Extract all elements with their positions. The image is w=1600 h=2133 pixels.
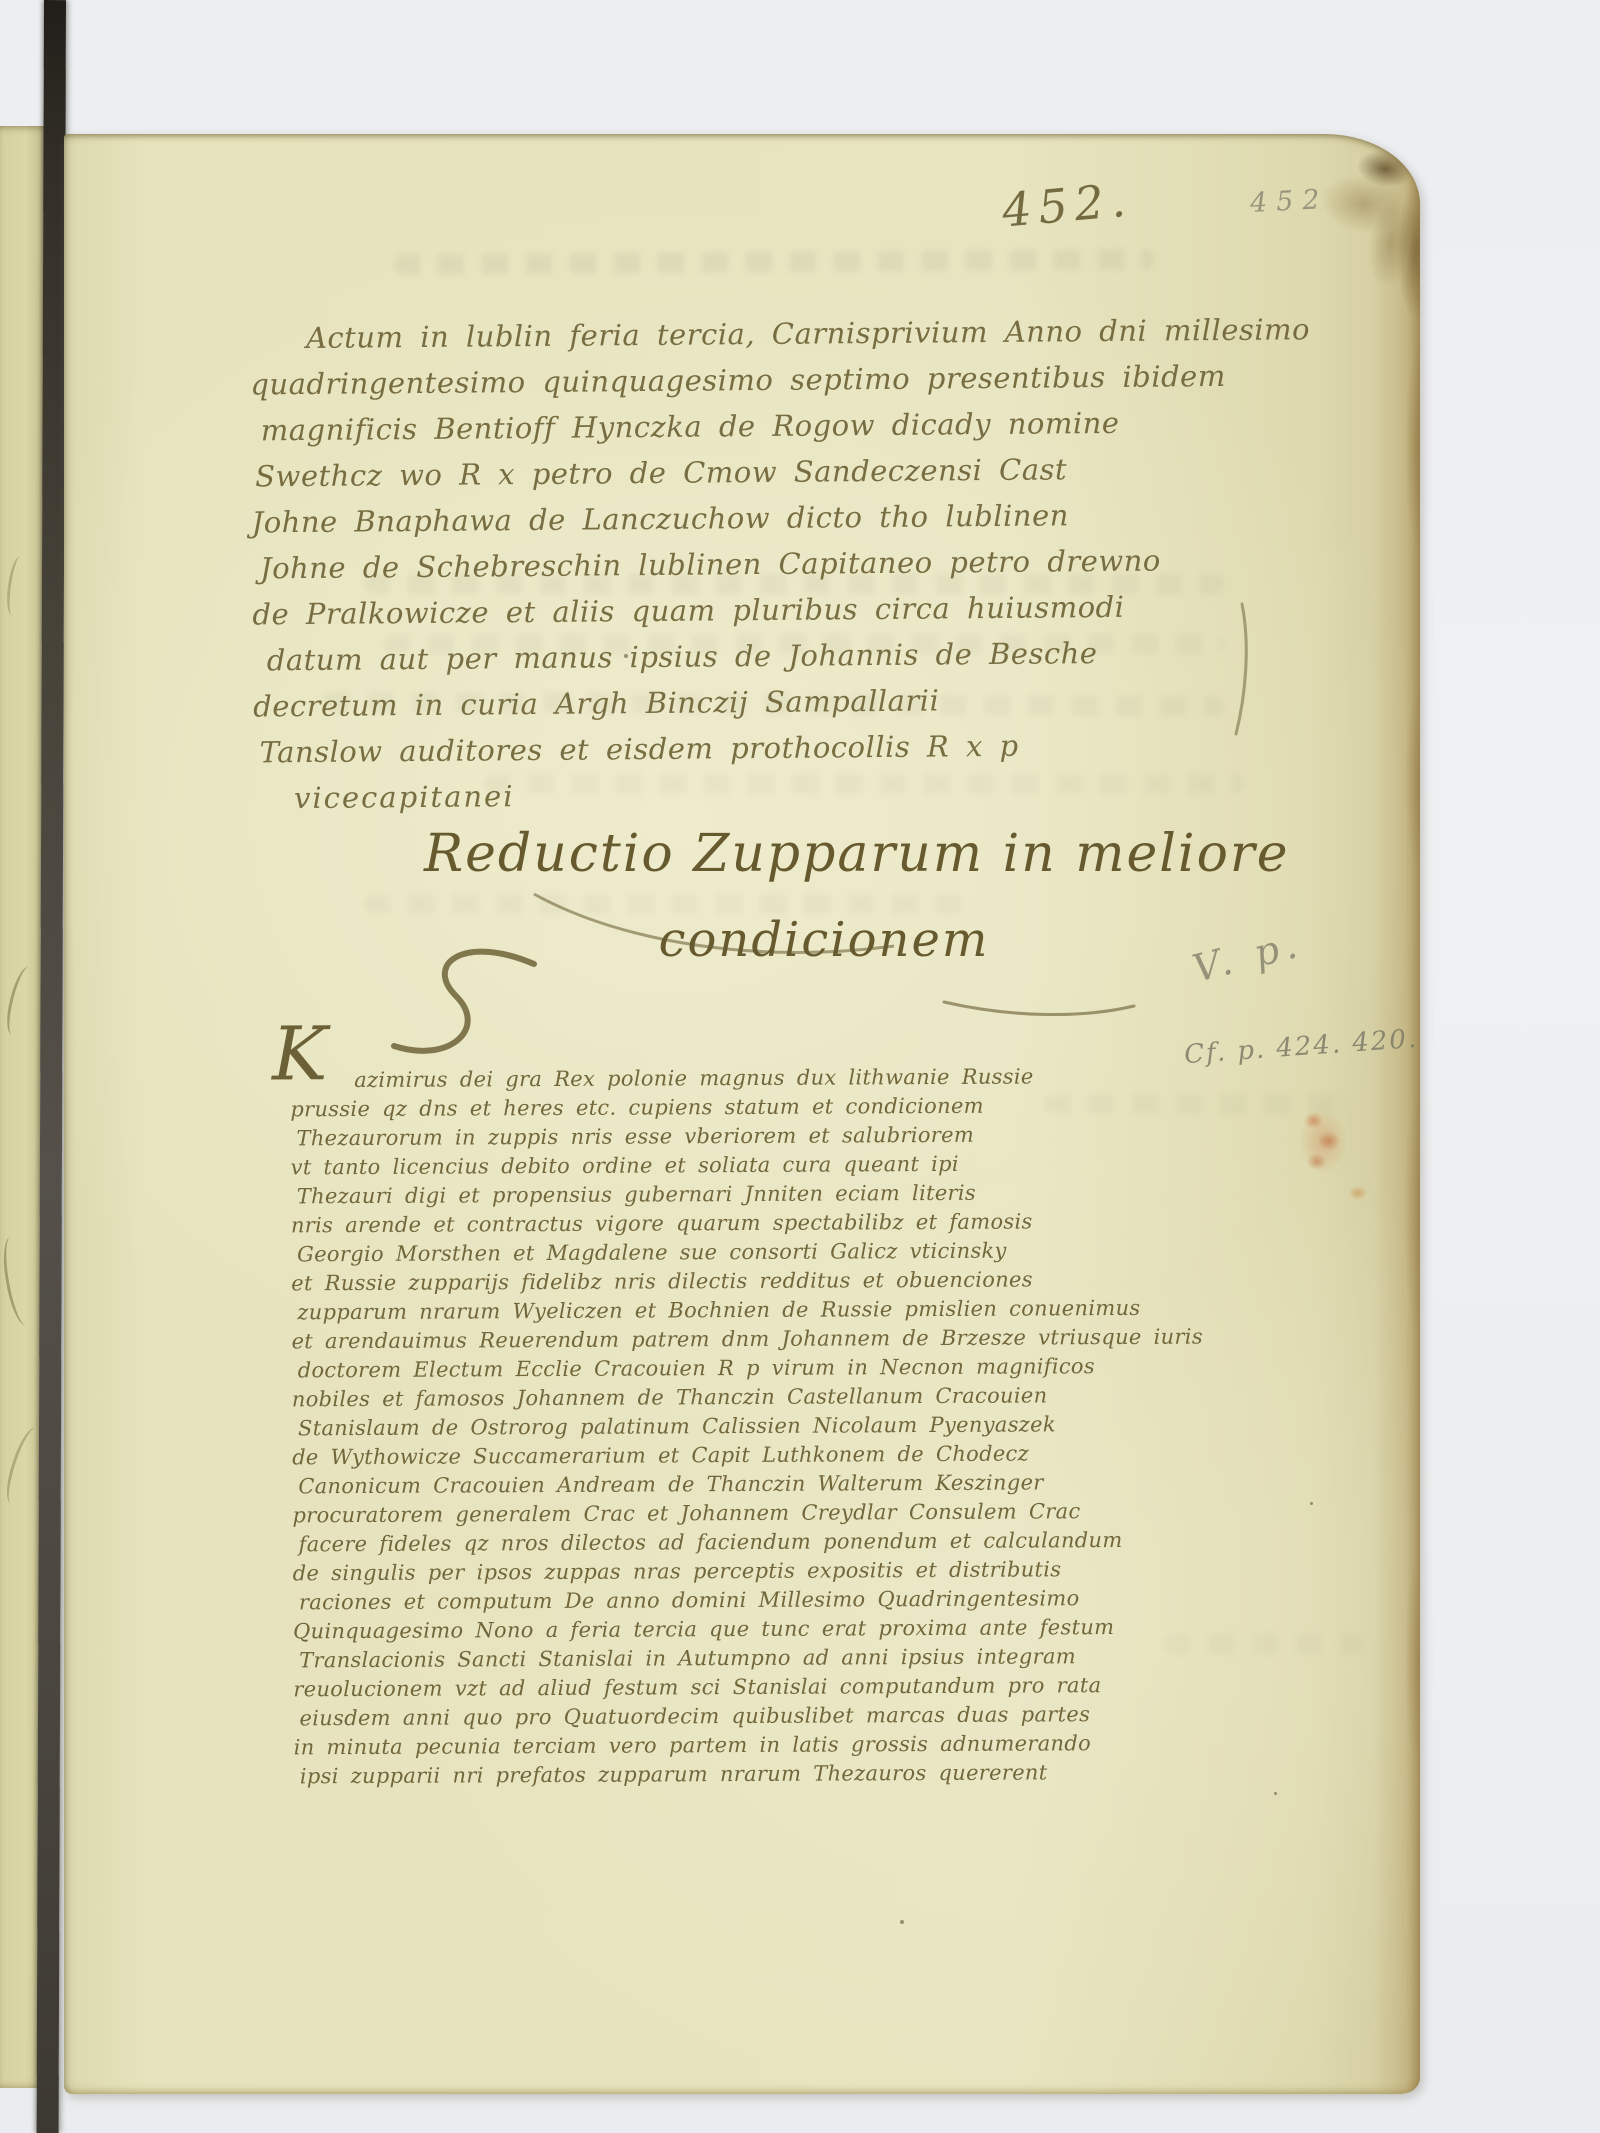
- manuscript-line: et Russie zupparijs fidelibz nris dilect…: [291, 1265, 1191, 1299]
- manuscript-line: Johne de Schebreschin lublinen Capitaneo…: [252, 539, 1042, 592]
- manuscript-line: nobiles et famosos Johannem de Thanczin …: [292, 1381, 1192, 1415]
- manuscript-line: Swethcz wo R x petro de Cmow Sandeczensi…: [251, 447, 1041, 500]
- manuscript-line: Translacionis Sancti Stanislai in Autump…: [293, 1642, 1193, 1676]
- manuscript-line: magnificis Bentioff Hynczka de Rogow dic…: [251, 401, 1041, 454]
- manuscript-line: Quinquagesimo Nono a feria tercia que tu…: [293, 1613, 1193, 1647]
- manuscript-scan: 452. 452 Actum in lublin feria tercia, C…: [0, 0, 1600, 2133]
- manuscript-line: de singulis per ipsos zuppas nras percep…: [293, 1555, 1193, 1589]
- ink-speck: [900, 1920, 904, 1924]
- manuscript-line: Thezauri digi et propensius gubernari Jn…: [291, 1178, 1191, 1212]
- manuscript-line: facere fideles qz nros dilectos ad facie…: [293, 1526, 1193, 1560]
- manuscript-line: zupparum nrarum Wyeliczen et Bochnien de…: [291, 1294, 1191, 1328]
- ink-speck: [624, 654, 628, 658]
- body-paragraph: K azimirus dei gra Rex polonie magnus du…: [290, 1062, 1194, 1792]
- manuscript-page: 452. 452 Actum in lublin feria tercia, C…: [64, 134, 1420, 2094]
- manuscript-line: de Pralkowicze et aliis quam pluribus ci…: [252, 585, 1042, 638]
- decorated-initial: K: [272, 1040, 328, 1069]
- manuscript-line: Tanslow auditores et eisdem prothocollis…: [253, 723, 1043, 776]
- facing-page-text-fragment: [2, 964, 39, 1037]
- heading-line: condicionem: [424, 912, 1224, 968]
- manuscript-line: Canonicum Cracouien Andream de Thanczin …: [292, 1468, 1192, 1502]
- manuscript-line: vt tanto licencius debito ordine et soli…: [291, 1149, 1191, 1183]
- manuscript-line: eiusdem anni quo pro Quatuordecim quibus…: [293, 1700, 1193, 1734]
- manuscript-line: reuolucionem vzt ad aliud festum sci Sta…: [293, 1671, 1193, 1705]
- manuscript-line: raciones et computum De anno domini Mill…: [293, 1584, 1193, 1618]
- manuscript-line: Actum in lublin feria tercia, Carnispriv…: [250, 309, 1040, 362]
- rust-stain: [1292, 1100, 1354, 1182]
- heading-line: Reductio Zupparum in meliore: [424, 824, 1224, 884]
- worn-page-edge: [1374, 134, 1420, 2094]
- manuscript-line: in minuta pecunia terciam vero partem in…: [294, 1729, 1194, 1763]
- facing-page-text-fragment: [4, 555, 29, 617]
- manuscript-line: Stanislaum de Ostrorog palatinum Calissi…: [292, 1410, 1192, 1444]
- section-heading: Reductio Zupparum in meliore condicionem: [424, 824, 1224, 968]
- manuscript-line: quadringentesimo quinquagesimo septimo p…: [250, 355, 1040, 408]
- intro-paragraph: Actum in lublin feria tercia, Carnispriv…: [250, 309, 1044, 822]
- ink-speck: [1310, 1502, 1313, 1505]
- manuscript-line: doctorem Electum Ecclie Cracouien R p vi…: [292, 1352, 1192, 1386]
- show-through: [394, 249, 1154, 274]
- manuscript-line: Georgio Morsthen et Magdalene sue consor…: [291, 1236, 1191, 1270]
- manuscript-line: procuratorem generalem Crac et Johannem …: [292, 1497, 1192, 1531]
- manuscript-line: nris arende et contractus vigore quarum …: [291, 1207, 1191, 1241]
- manuscript-line: azimirus dei gra Rex polonie magnus dux …: [290, 1062, 1190, 1096]
- show-through: [1164, 1634, 1364, 1654]
- manuscript-line: prussie qz dns et heres etc. cupiens sta…: [290, 1091, 1190, 1125]
- manuscript-line: et arendauimus Reuerendum patrem dnm Joh…: [291, 1323, 1191, 1357]
- manuscript-line: vicecapitanei: [254, 769, 1044, 822]
- page-number-ink: 452.: [1000, 172, 1135, 237]
- manuscript-line: ipsi zupparii nri prefatos zupparum nrar…: [294, 1758, 1194, 1792]
- rust-stain-small: [1342, 1180, 1374, 1206]
- manuscript-line: de Wythowicze Succamerarium et Capit Lut…: [292, 1439, 1192, 1473]
- manuscript-line: Thezaurorum in zuppis nris esse vberiore…: [290, 1120, 1190, 1154]
- ink-speck: [1274, 1792, 1277, 1795]
- page-number-pencil-faint: 452: [1249, 184, 1329, 219]
- facing-page-text-fragment: [0, 1235, 39, 1328]
- manuscript-line: datum aut per manus ipsius de Johannis d…: [253, 631, 1043, 684]
- manuscript-line: decretum in curia Argh Binczij Sampallar…: [253, 677, 1043, 730]
- manuscript-line: Johne Bnaphawa de Lanczuchow dicto tho l…: [251, 493, 1041, 546]
